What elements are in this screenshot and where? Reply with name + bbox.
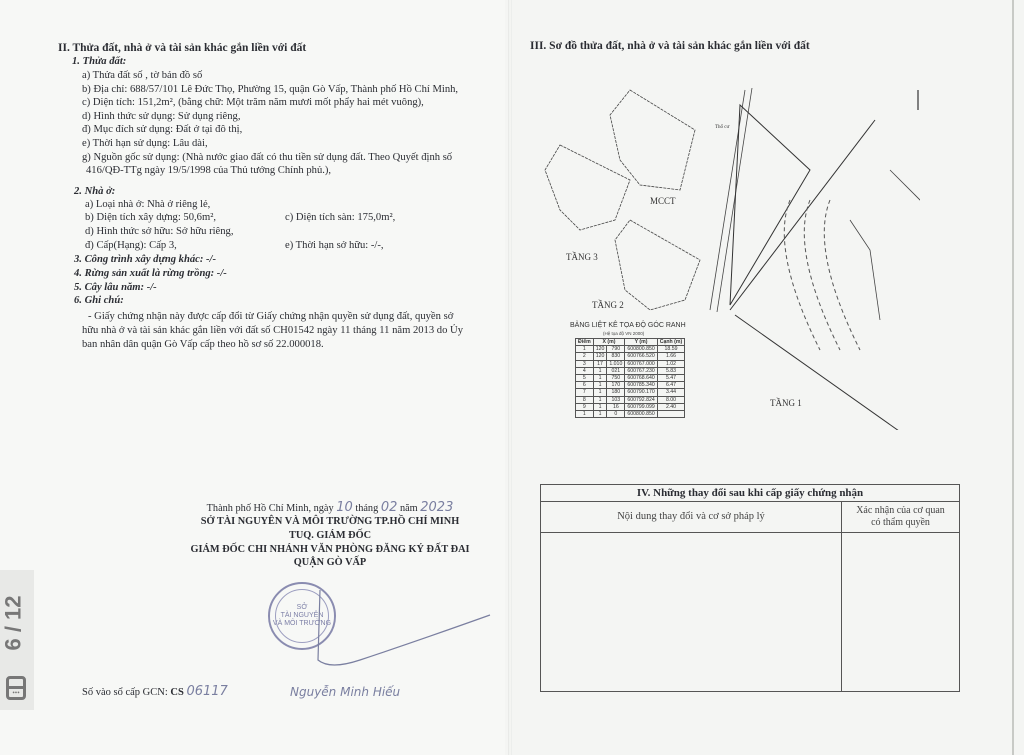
page-counter: 6 / 12 [0, 570, 34, 710]
changes-col-confirm: Xác nhận của cơ quan có thẩm quyền [842, 502, 959, 532]
section-iii-title: III. Sơ đồ thửa đất, nhà ở và tài sản kh… [530, 40, 810, 52]
house-floor-area: c) Diện tích sàn: 175,0m², [285, 212, 395, 224]
other-asset-line: 6. Ghi chú: [74, 295, 124, 307]
coord-header: X (m) [593, 339, 625, 346]
coord-table-subtitle: (Hệ tọa độ VN 2000) [603, 331, 644, 336]
land-line: a) Thửa đất số , tờ bản đồ số [82, 70, 202, 82]
page-fold [508, 0, 512, 755]
tablet-icon [6, 676, 26, 700]
registry-number: Số vào sổ cấp GCN: CS 06117 [82, 684, 228, 699]
page-counter-text: 6 / 12 [1, 595, 27, 650]
land-line: e) Thời hạn sử dụng: Lâu dài, [82, 138, 208, 150]
coord-row: 71180600790.1703.44 [576, 389, 685, 396]
other-asset-line: 5. Cây lâu năm: -/- [74, 282, 157, 294]
signer-title-2: QUẬN GÒ VẤP [160, 557, 500, 568]
changes-table: IV. Những thay đổi sau khi cấp giấy chứn… [540, 484, 960, 692]
coord-row: 81103600792.8248.00 [576, 396, 685, 403]
changes-col-content: Nội dung thay đổi và cơ sở pháp lý [541, 502, 842, 532]
other-asset-line: 4. Rừng sản xuất là rừng trồng: -/- [74, 268, 227, 280]
land-heading: 1. Thửa đất: [72, 56, 126, 68]
land-line: d) Hình thức sử dụng: Sử dụng riêng, [82, 111, 240, 123]
coord-row: 3171.010600767.0001.02 [576, 360, 685, 367]
coord-row: 61170600785.3406.47 [576, 382, 685, 389]
house-type: a) Loại nhà ở: Nhà ở riêng lẻ, [85, 199, 210, 211]
coord-header: Điểm [576, 339, 594, 346]
house-ownership: d) Hình thức sở hữu: Sở hữu riêng, [85, 226, 233, 238]
coord-row: 2120830600766.5201.66 [576, 353, 685, 360]
coord-header: Y (m) [625, 339, 657, 346]
signing-date: Thành phố Hồ Chí Minh, ngày 10 tháng 02 … [160, 500, 500, 515]
changes-content-cell [541, 533, 842, 691]
coord-row: 41021600767.2305.83 [576, 367, 685, 374]
label-floor-3: TẦNG 3 [566, 252, 598, 262]
coord-header: Cạnh (m) [657, 339, 684, 346]
coord-table-title: BẢNG LIỆT KÊ TỌA ĐỘ GÓC RANH [570, 322, 686, 329]
label-mcct: MCCT [650, 196, 676, 206]
coord-row: 51750600768.6405.47 [576, 375, 685, 382]
coord-row: 1120790600800.85018.59 [576, 346, 685, 353]
section-ii-title: II. Thửa đất, nhà ở và tài sản khác gắn … [58, 42, 306, 54]
label-floor-1: TẦNG 1 [770, 398, 802, 408]
land-line: c) Diện tích: 151,2m², (bằng chữ: Một tr… [82, 97, 424, 109]
signer-title-1: GIÁM ĐỐC CHI NHÁNH VĂN PHÒNG ĐĂNG KÝ ĐẤT… [160, 544, 500, 555]
coord-row: 9116600799.0992.40 [576, 403, 685, 410]
note-line: hữu nhà ở và tài sản khác gắn liền với đ… [82, 325, 463, 337]
land-line: đ) Mục đích sử dụng: Đất ở tại đô thị, [82, 124, 242, 136]
note-line: ban nhân dân quận Gò Vấp cấp theo hồ sơ … [82, 339, 324, 351]
signer-name: Nguyễn Minh Hiếu [290, 685, 400, 699]
house-build-area: b) Diện tích xây dựng: 50,6m², [85, 212, 216, 224]
house-term: e) Thời hạn sở hữu: -/-, [285, 240, 384, 252]
tuq-label: TUQ. GIÁM ĐỐC [160, 530, 500, 541]
signature-scribble [300, 590, 500, 690]
land-line: b) Địa chỉ: 688/57/101 Lê Đức Thọ, Phườn… [82, 84, 458, 96]
land-line: g) Nguồn gốc sử dụng: (Nhà nước giao đất… [82, 152, 452, 164]
other-asset-line: 3. Công trình xây dựng khác: -/- [74, 254, 216, 266]
land-line: 416/QĐ-TTg ngày 19/5/1998 của Thủ tướng … [86, 165, 331, 177]
coord-row: 110600800.850 [576, 411, 685, 418]
coord-table: ĐiểmX (m)Y (m)Cạnh (m) 1120790600800.850… [575, 338, 685, 418]
house-heading: 2. Nhà ở: [74, 186, 115, 198]
label-floor-2: TẦNG 2 [592, 300, 624, 310]
changes-title: IV. Những thay đổi sau khi cấp giấy chứn… [541, 485, 959, 502]
note-line: - Giấy chứng nhận này được cấp đổi từ Gi… [88, 311, 453, 323]
house-grade: đ) Cấp(Hạng): Cấp 3, [85, 240, 177, 252]
issuing-org: SỞ TÀI NGUYÊN VÀ MÔI TRƯỜNG TP.HỒ CHÍ MI… [160, 516, 500, 527]
paper-edge [1012, 0, 1014, 755]
label-neighbor: Thổ cư [715, 125, 729, 130]
